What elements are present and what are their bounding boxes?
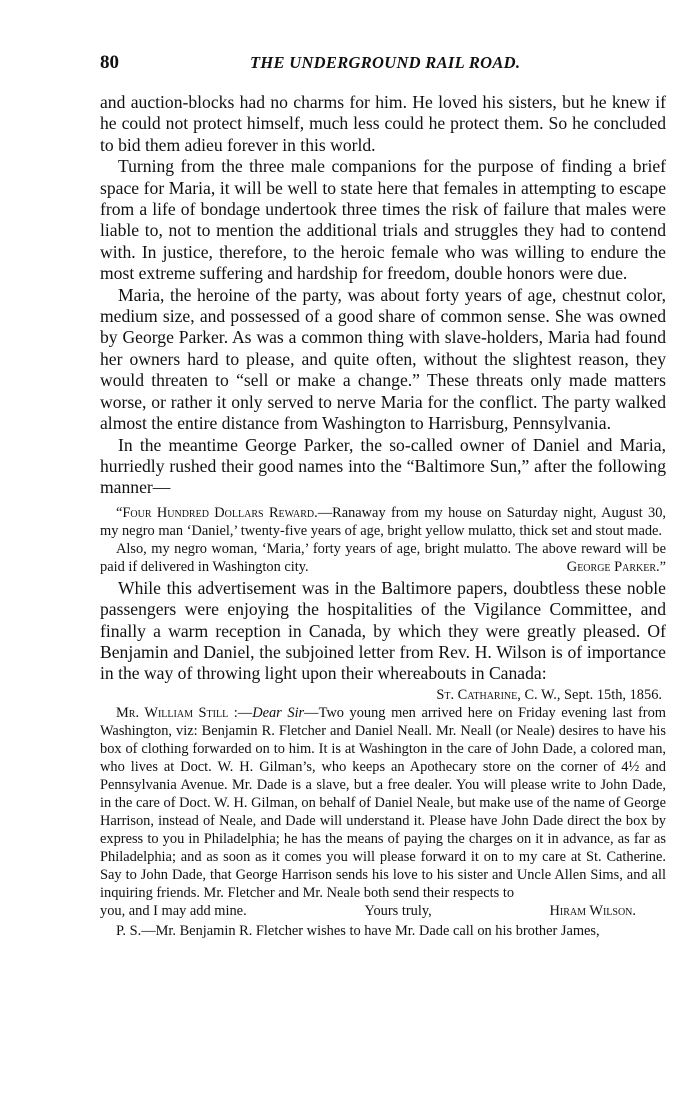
advertisement-block: “Four Hundred Dollars Reward.—Ranaway fr… [100,504,666,576]
paragraph-maria-heroine: Maria, the heroine of the party, was abo… [100,285,666,435]
paragraph-females-risk: Turning from the three male companions f… [100,156,666,284]
advertisement-heading: “Four Hundred Dollars Reward. [116,505,318,521]
letter-signature: Hiram Wilson. [550,902,666,920]
letter-postscript: P. S.—Mr. Benjamin R. Fletcher wishes to… [100,922,666,940]
letter-body: Mr. William Still :—Dear Sir—Two young m… [100,704,666,902]
paragraph-george-parker: In the meantime George Parker, the so-ca… [100,435,666,499]
paragraph-after-advertisement: While this advertisement was in the Balt… [100,578,666,685]
letter-dateline: St. Catharine, C. W., Sept. 15th, 1856. [100,686,666,704]
advertisement-text-1: “Four Hundred Dollars Reward.—Ranaway fr… [100,504,666,540]
running-head: THE UNDERGROUND RAIL ROAD. [250,53,520,73]
letter-salutation: Dear Sir [252,705,304,721]
page-body: and auction-blocks had no charms for him… [100,92,666,940]
letter-recipient: Mr. William Still [116,705,228,721]
page-header: 80 THE UNDERGROUND RAIL ROAD. [100,50,666,80]
page-number: 80 [100,52,119,74]
letter-block: St. Catharine, C. W., Sept. 15th, 1856. … [100,686,666,940]
advertisement-signature: George Parker.” [551,558,666,576]
paragraph-continued: and auction-blocks had no charms for him… [100,92,666,156]
advertisement-text-2: Also, my negro woman, ‘Maria,’ forty yea… [100,540,666,576]
letter-closing-row: you, and I may add mine. Yours truly, Hi… [100,902,666,920]
letter-closing: Yours truly, [365,902,432,920]
book-page: 80 THE UNDERGROUND RAIL ROAD. and auctio… [100,50,666,940]
